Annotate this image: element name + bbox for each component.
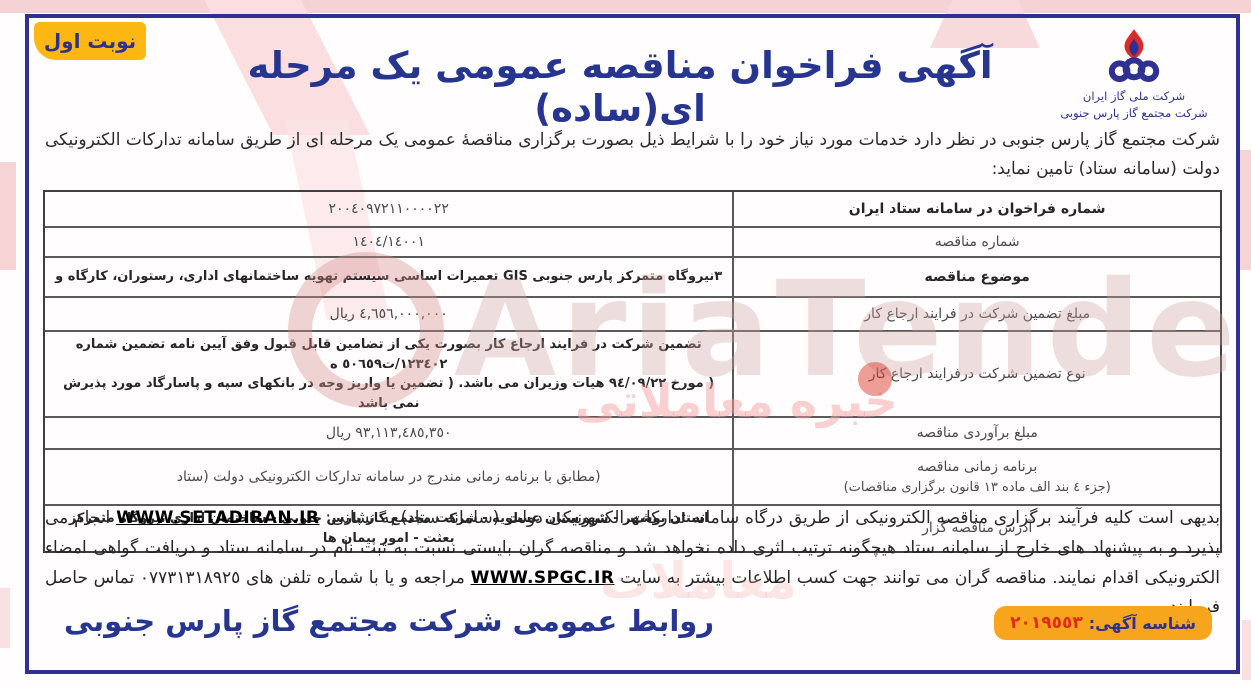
- tender-number-value: ١٤٠٤/١٤٠٠١: [45, 228, 732, 256]
- pink-edge-left: [0, 162, 16, 270]
- schedule-label-line1: برنامه زمانی مناقصه: [917, 457, 1037, 478]
- pink-edge-right: [1239, 150, 1251, 270]
- guarantee-type-line1: تضمین شرکت در فرایند ارجاع کار بصورت یکی…: [55, 335, 722, 374]
- page-title: آگهی فراخوان مناقصه عمومی یک مرحله ای(سا…: [169, 44, 1071, 130]
- tender-subject-label: موضوع مناقصه: [732, 258, 1220, 296]
- table-row-tender-number: شماره مناقصه ١٤٠٤/١٤٠٠١: [45, 226, 1220, 256]
- pink-edge-left-bottom: [0, 588, 10, 648]
- table-row-guarantee-amount: مبلغ تضمین شرکت در فرایند ارجاع کار ٤,٦٥…: [45, 296, 1220, 330]
- schedule-value: (مطابق با برنامه زمانی مندرج در سامانه ت…: [45, 450, 732, 504]
- setad-call-number-value: ٢٠٠٤٠٩٧٢١١٠٠٠٠٢٢: [45, 192, 732, 226]
- guarantee-type-line2: ( مورخ ٩٤/٠٩/٢٢ هیات وزیران می باشد. ( ت…: [55, 374, 722, 413]
- guarantee-amount-value: ٤,٦٥٦,٠٠٠,٠٠٠ ریال: [45, 298, 732, 330]
- guarantee-amount-label: مبلغ تضمین شرکت در فرایند ارجاع کار: [732, 298, 1220, 330]
- estimated-amount-label: مبلغ برآوردی مناقصه: [732, 418, 1220, 448]
- schedule-label-line2: (جزء ٤ بند الف ماده ١٣ قانون برگزاری منا…: [844, 478, 1111, 498]
- org-name-line1: شرکت ملی گاز ایران: [1044, 88, 1224, 105]
- ad-id-badge: شناسه آگهی: ٢٠١٩٥٥٣: [994, 606, 1212, 640]
- tender-subject-value: ٣نیروگاه متمرکز پارس جنوبی GIS تعمیرات ا…: [45, 258, 732, 296]
- ad-id-label: شناسه آگهی:: [1089, 614, 1196, 633]
- pink-edge-right-bottom: [1242, 620, 1251, 680]
- org-name-line2: شرکت مجتمع گاز پارس جنوبی: [1044, 105, 1224, 122]
- company-logo-block: شرکت ملی گاز ایران شرکت مجتمع گاز پارس ج…: [1044, 28, 1224, 123]
- public-relations-signature: روابط عمومی شرکت مجتمع گاز پارس جنوبی: [59, 604, 719, 638]
- table-row-subject: موضوع مناقصه ٣نیروگاه متمرکز پارس جنوبی …: [45, 256, 1220, 296]
- nigc-flame-trefoil-logo-icon: [1044, 28, 1224, 88]
- intro-paragraph: شرکت مجتمع گاز پارس جنوبی در نظر دارد خد…: [45, 126, 1220, 184]
- pink-top-band: [0, 0, 1251, 13]
- spgc-url-link[interactable]: WWW.SPGC.IR: [471, 568, 615, 588]
- table-row-schedule: برنامه زمانی مناقصه (جزء ٤ بند الف ماده …: [45, 448, 1220, 504]
- notes-segment-1: بدیهی است کلیه فرآیند برگزاری مناقصه الک…: [320, 508, 1221, 528]
- first-round-badge: نوبت اول: [34, 22, 146, 60]
- setadiran-url-link[interactable]: WWW.SETADIRAN.IR: [116, 508, 319, 528]
- table-row-estimated-amount: مبلغ برآوردی مناقصه ٩٣,١١٣,٤٨٥,٣٥٠ ریال: [45, 416, 1220, 448]
- tender-number-label: شماره مناقصه: [732, 228, 1220, 256]
- estimated-amount-value: ٩٣,١١٣,٤٨٥,٣٥٠ ریال: [45, 418, 732, 448]
- ad-id-value: ٢٠١٩٥٥٣: [1010, 613, 1083, 633]
- guarantee-type-value: تضمین شرکت در فرایند ارجاع کار بصورت یکی…: [45, 332, 732, 416]
- table-row-guarantee-type: نوع تضمین شرکت درفرایند ارجاع کار تضمین …: [45, 330, 1220, 416]
- guarantee-type-label: نوع تضمین شرکت درفرایند ارجاع کار: [732, 332, 1220, 416]
- document-frame: آگهی فراخوان مناقصه عمومی یک مرحله ای(سا…: [25, 14, 1240, 674]
- tender-table: شماره فراخوان در سامانه ستاد ایران ٢٠٠٤٠…: [43, 190, 1222, 553]
- table-row-setad-call-number: شماره فراخوان در سامانه ستاد ایران ٢٠٠٤٠…: [45, 192, 1220, 226]
- setad-call-number-label: شماره فراخوان در سامانه ستاد ایران: [732, 192, 1220, 226]
- schedule-label: برنامه زمانی مناقصه (جزء ٤ بند الف ماده …: [732, 450, 1220, 504]
